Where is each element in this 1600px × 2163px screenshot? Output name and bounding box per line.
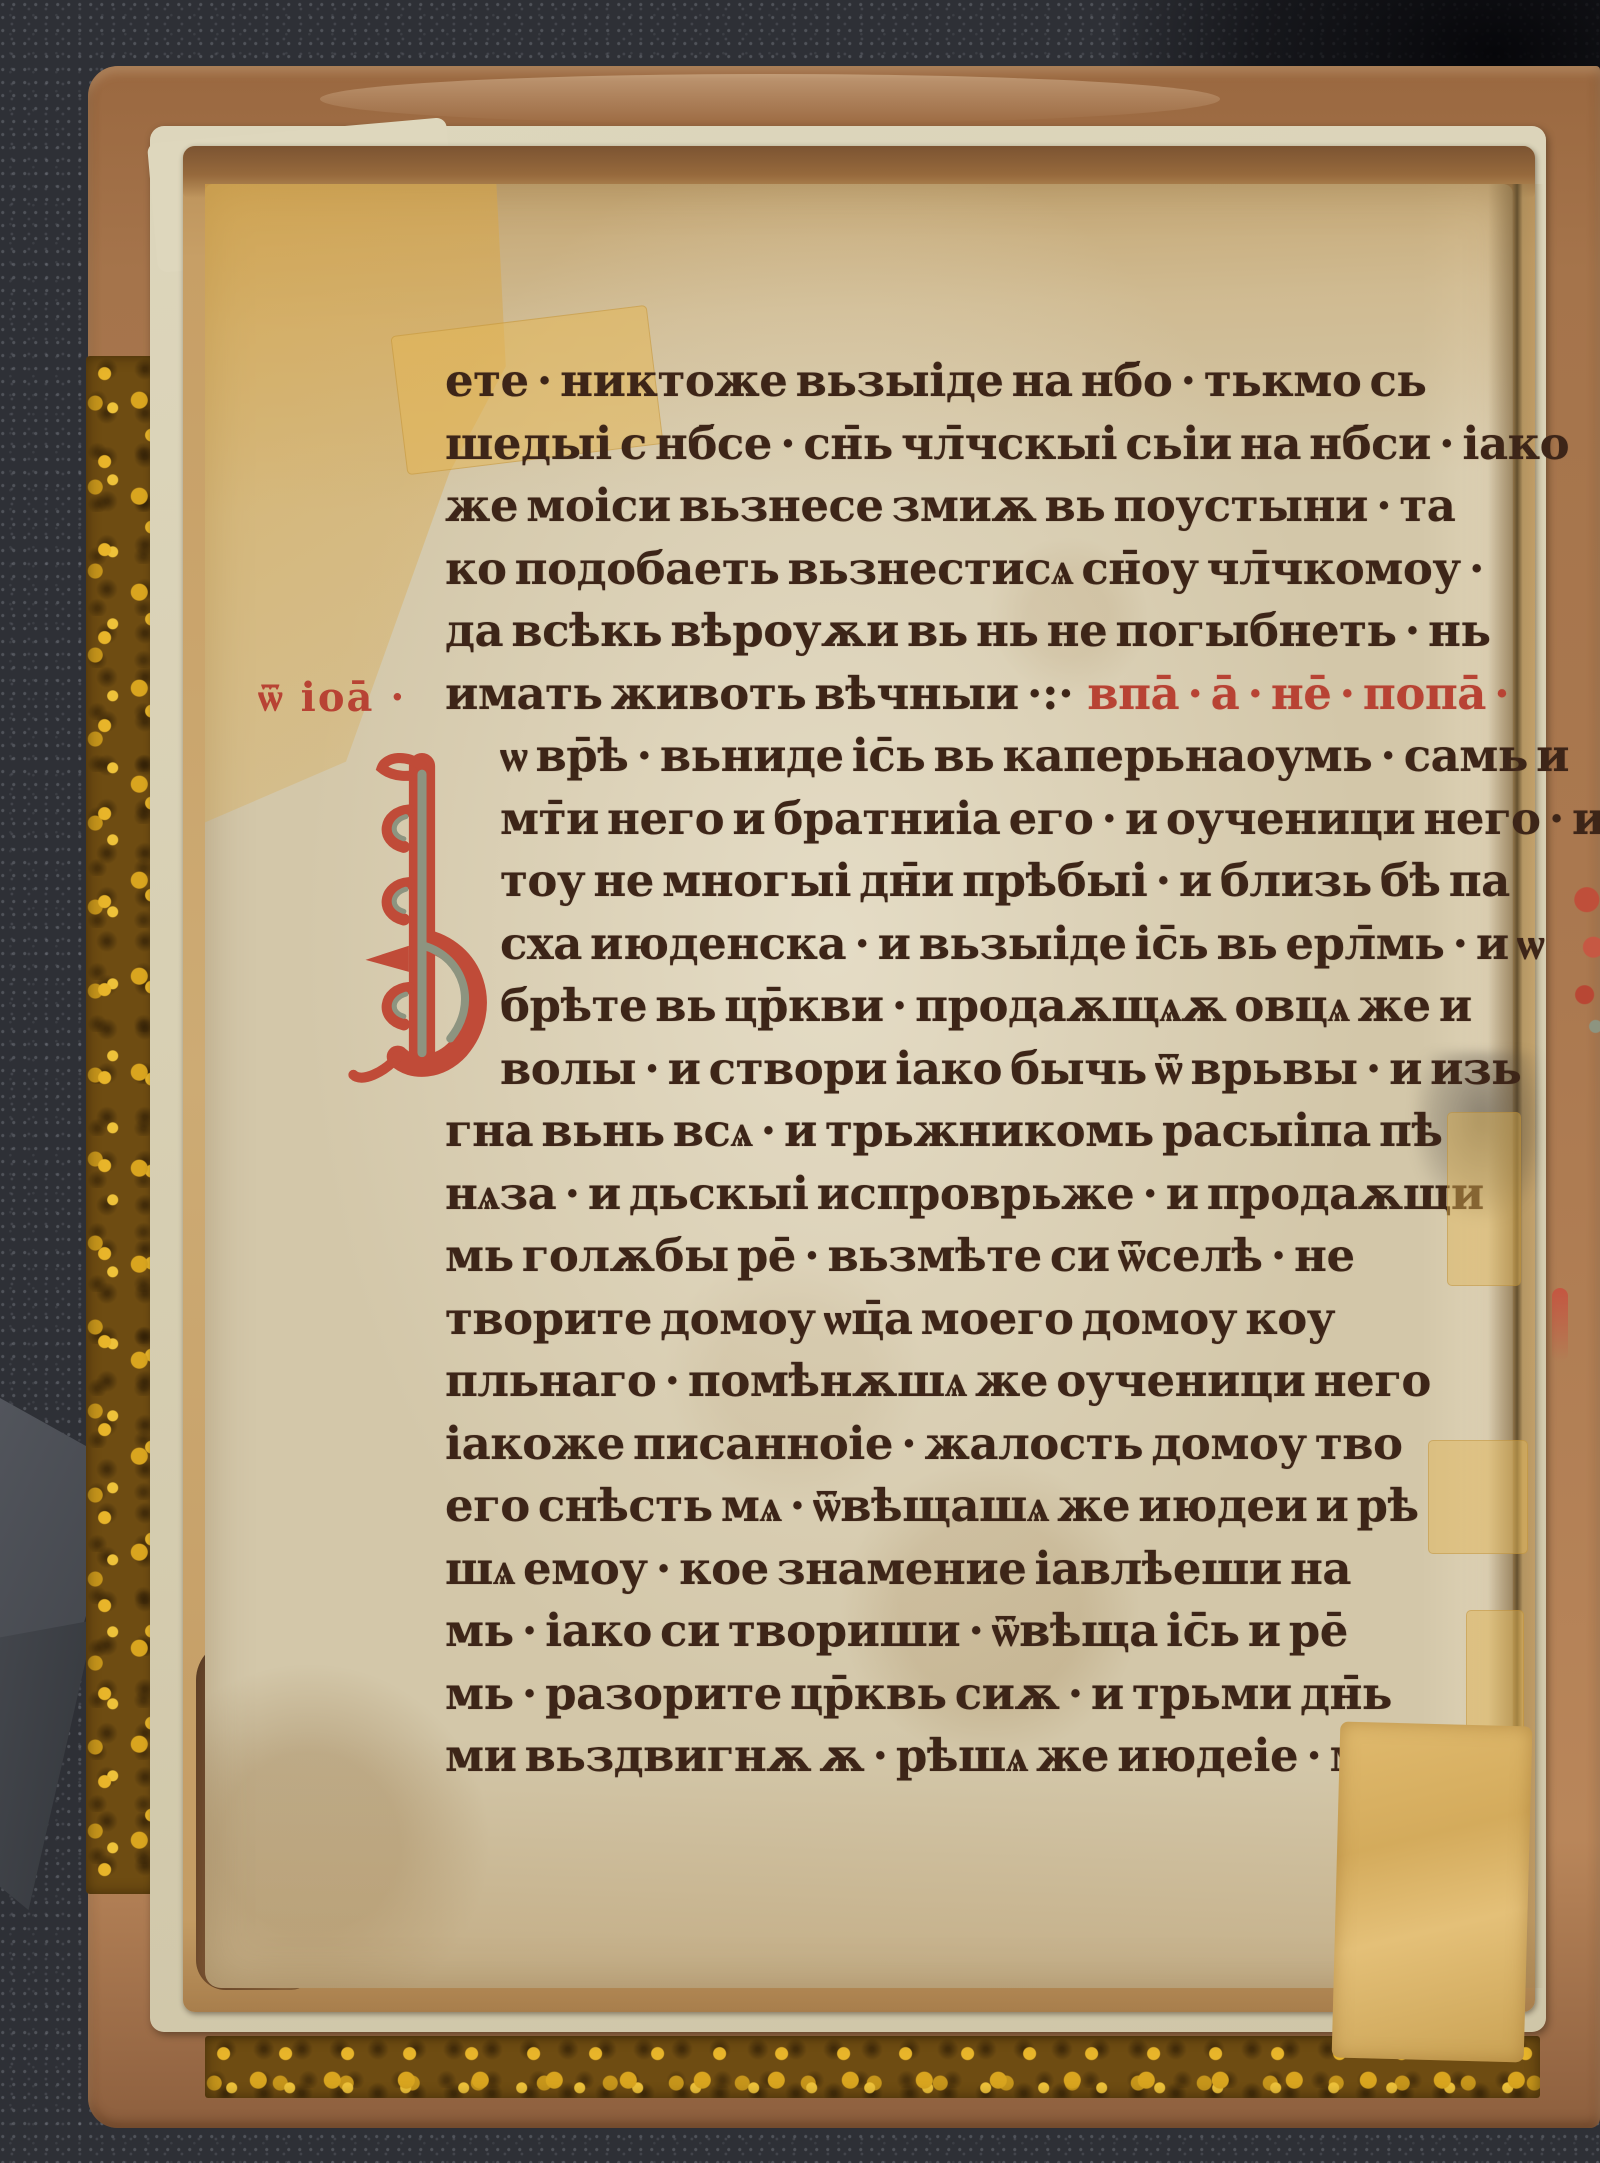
leather-cover-sheen [320, 74, 1220, 124]
manuscript-line-text: шѧ емоу · кое знамение іавлѣеши на [445, 1542, 1351, 1595]
manuscript-line: сха июденска · и вьзыіде іс̄ь вь ерл̄мь … [445, 913, 1525, 976]
manuscript-line: волы · и створи іако бычь ѿ врьвы · и из… [445, 1038, 1525, 1101]
manuscript-line-text: сха июденска · и вьзыіде іс̄ь вь ерл̄мь … [500, 917, 1544, 970]
manuscript-line: тоу не многыі дн̄и прѣбыі · и близь бѣ п… [445, 850, 1525, 913]
manuscript-line: мь · разорите цр̄квь сиѫ · и трьми дн̄ь [445, 1663, 1525, 1726]
manuscript-line-text: нѧза · и дьскыі испроврьже · и продаѫщи [445, 1167, 1484, 1220]
manuscript-line: имать животь вѣчныи ·:·впа̄ · а̄ · не̄ ·… [445, 663, 1525, 726]
support-wedge [0, 1620, 95, 1910]
manuscript-line: мь голѫбы ре̄ · вьзмѣте си ѿселѣ · не [445, 1225, 1525, 1288]
manuscript-photo: ѿ іоа̄ · ете · никтоже вьзыіде на нб̄ [0, 0, 1600, 2163]
manuscript-line-text: шедыі с нб̄се · сн̄ь чл̄чскыі сьіи на нб… [445, 417, 1569, 470]
manuscript-line-text: мь · разорите цр̄квь сиѫ · и трьми дн̄ь [445, 1667, 1392, 1720]
manuscript-line-text: волы · и створи іако бычь ѿ врьвы · и из… [500, 1042, 1521, 1095]
manuscript-line: іакоже писанноіе · жалость домоу тво [445, 1413, 1525, 1476]
manuscript-line-text: ѡ вр̄ѣ · вьниде іс̄ь вь каперьнаоумь · с… [500, 729, 1569, 782]
manuscript-line-text: имать животь вѣчныи ·:· [445, 667, 1073, 720]
manuscript-line: же моіси вьзнесе змиѫ вь поустыни · та [445, 475, 1525, 538]
manuscript-line-text: его снѣсть мѧ · ѿвѣщашѧ же июдеи и рѣ [445, 1479, 1419, 1532]
manuscript-line-text: пльнаго · помѣнѫшѧ же оученици него [445, 1354, 1431, 1407]
manuscript-line: шедыі с нб̄се · сн̄ь чл̄чскыі сьіи на нб… [445, 413, 1525, 476]
manuscript-line-text: тоу не многыі дн̄и прѣбыі · и близь бѣ п… [500, 854, 1510, 907]
tape-patch-right-lower [1466, 1610, 1524, 1744]
manuscript-line: ѡ вр̄ѣ · вьниде іс̄ь вь каперьнаоумь · с… [445, 725, 1525, 788]
manuscript-line-text: мт̄и него и братниіа его · и оученици не… [500, 792, 1600, 845]
manuscript-line: брѣте вь цр̄кви · продаѫщѧѫ овцѧ же и [445, 975, 1525, 1038]
manuscript-line: ко подобаеть вьзнестисѧ сн̄оу чл̄чкомоу … [445, 538, 1525, 601]
manuscript-line-text: гна вьнь всѧ · и трьжникомь расыіпа пѣ [445, 1104, 1443, 1157]
manuscript-line-text: мь голѫбы ре̄ · вьзмѣте си ѿселѣ · не [445, 1229, 1355, 1282]
manuscript-line-text: да всѣкь вѣроуѫи вь нь не погыбнеть · нь [445, 604, 1490, 657]
manuscript-line: ете · никтоже вьзыіде на нб̄о · тькмо сь [445, 350, 1525, 413]
manuscript-line: нѧза · и дьскыі испроврьже · и продаѫщи [445, 1163, 1525, 1226]
rubric-red-text: впа̄ · а̄ · не̄ · попа̄ · [1087, 667, 1509, 720]
manuscript-line-text: іакоже писанноіе · жалость домоу тво [445, 1417, 1403, 1470]
tape-repair-bottom-right [1332, 1722, 1533, 2063]
manuscript-line-text: мь · іако си твориши · ѿвѣща іс̄ь и ре̄ [445, 1604, 1348, 1657]
manuscript-line: его снѣсть мѧ · ѿвѣщашѧ же июдеи и рѣ [445, 1475, 1525, 1538]
facing-page-ornament-tail [1552, 1288, 1568, 1362]
manuscript-line-text: ете · никтоже вьзыіде на нб̄о · тькмо сь [445, 354, 1426, 407]
manuscript-line: мь · іако си твориши · ѿвѣща іс̄ь и ре̄ [445, 1600, 1525, 1663]
tape-patch-over-text [1428, 1440, 1528, 1554]
manuscript-line: гна вьнь всѧ · и трьжникомь расыіпа пѣ [445, 1100, 1525, 1163]
manuscript-line-text: ко подобаеть вьзнестисѧ сн̄оу чл̄чкомоу … [445, 542, 1484, 595]
initial-spur [366, 946, 409, 972]
manuscript-line-text: творите домоу ѡц̄а моего домоу коу [445, 1292, 1335, 1345]
manuscript-line: да всѣкь вѣроуѫи вь нь не погыбнеть · нь [445, 600, 1525, 663]
tape-patch-right [1447, 1112, 1521, 1286]
manuscript-line-text: же моіси вьзнесе змиѫ вь поустыни · та [445, 479, 1455, 532]
facing-page-ornament [1556, 868, 1600, 1044]
manuscript-line-text: брѣте вь цр̄кви · продаѫщѧѫ овцѧ же и [500, 979, 1472, 1032]
manuscript-line: пльнаго · помѣнѫшѧ же оученици него [445, 1350, 1525, 1413]
manuscript-line: шѧ емоу · кое знамение іавлѣеши на [445, 1538, 1525, 1601]
manuscript-text-block: ете · никтоже вьзыіде на нб̄о · тькмо сь… [445, 350, 1525, 1788]
marginal-rubric-note: ѿ іоа̄ · [258, 674, 406, 721]
manuscript-line: мт̄и него и братниіа его · и оученици не… [445, 788, 1525, 851]
manuscript-line: творите домоу ѡц̄а моего домоу коу [445, 1288, 1525, 1351]
